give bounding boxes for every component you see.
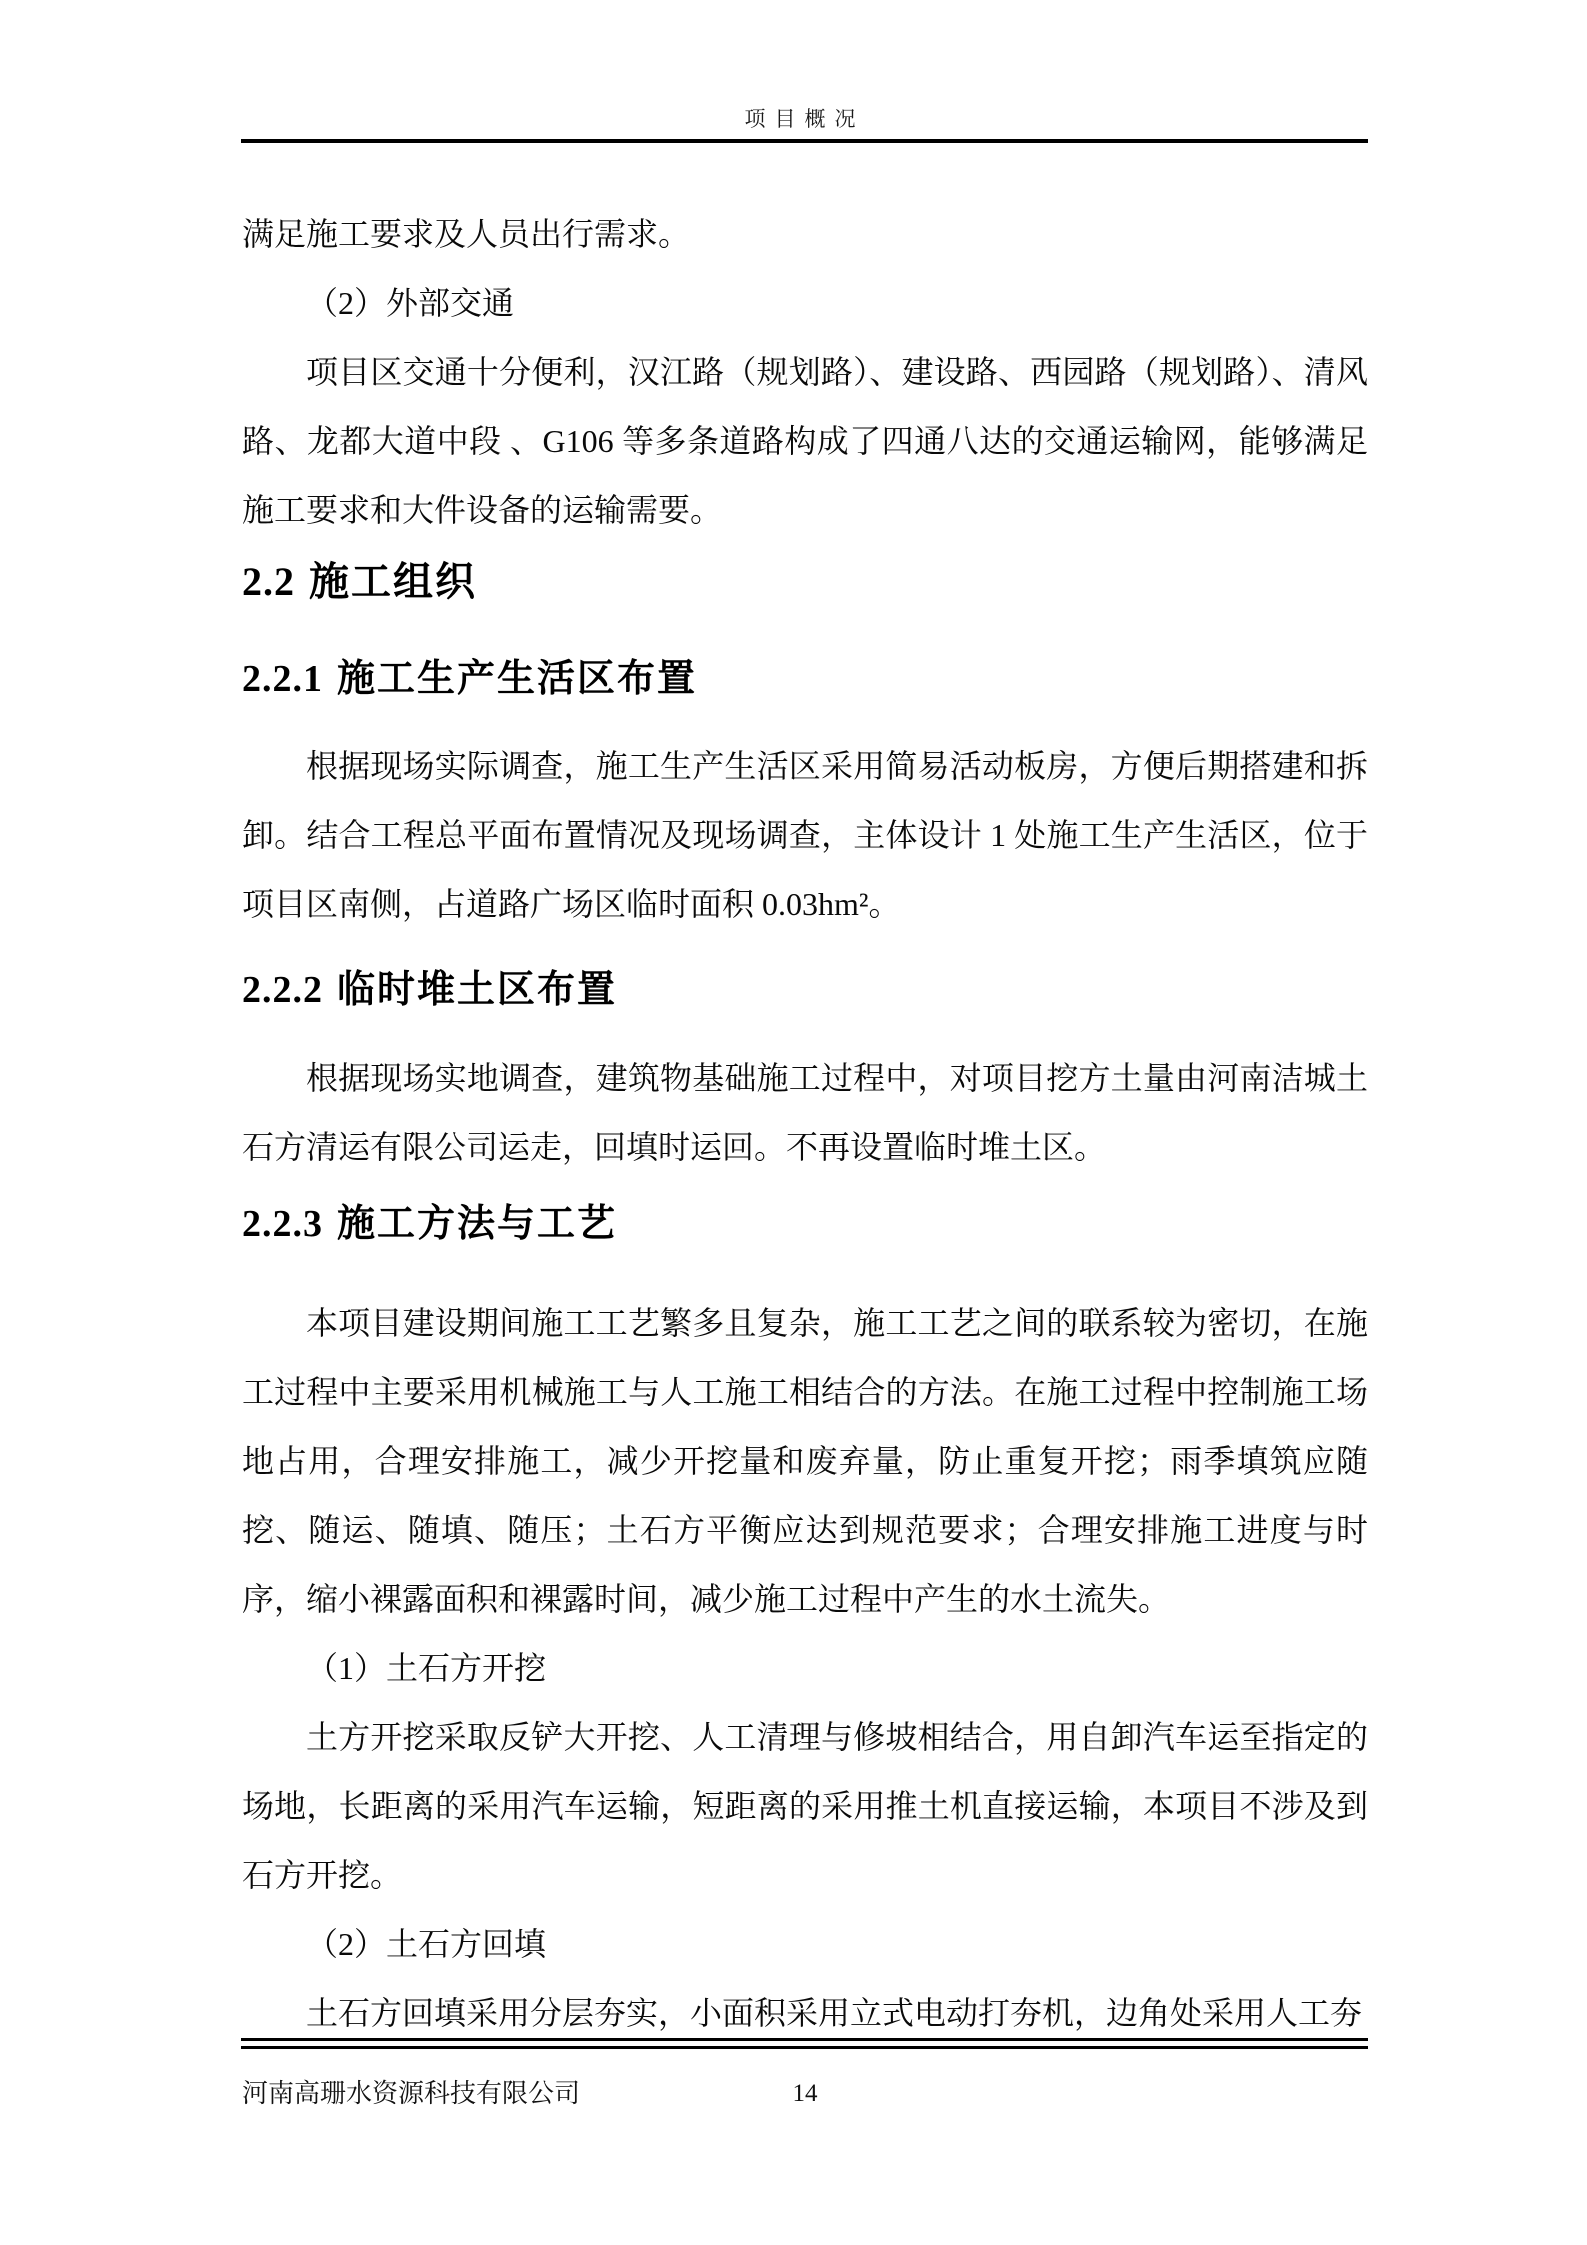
subsection-heading-number: 2.2.2: [242, 969, 323, 1011]
subsection-heading-title: 临时堆土区布置: [337, 969, 617, 1011]
page-footer: 河南高珊水资源科技有限公司 14: [242, 2074, 1368, 2114]
footer-page-number: 14: [793, 2074, 818, 2114]
subsection-heading: 2.2.3施工方法与工艺: [242, 1190, 1368, 1259]
body-paragraph: 根据现场实际调查，施工生产生活区采用简易活动板房，方便后期搭建和拆卸。结合工程总…: [242, 732, 1368, 939]
subsection-heading-number: 2.2.1: [242, 658, 323, 700]
document-body: 满足施工要求及人员出行需求。 （2）外部交通 项目区交通十分便利，汉江路（规划路…: [242, 200, 1368, 2048]
body-paragraph: （2）土石方回填: [242, 1910, 1368, 1979]
body-paragraph: 根据现场实地调查，建筑物基础施工过程中，对项目挖方土量由河南洁城土石方清运有限公…: [242, 1044, 1368, 1182]
section-heading: 2.2施工组织: [242, 547, 1368, 617]
subsection-heading-title: 施工生产生活区布置: [337, 658, 697, 700]
section-heading-title: 施工组织: [309, 560, 477, 604]
subsection-heading: 2.2.2临时堆土区布置: [242, 956, 1368, 1025]
document-page: 项目概况 满足施工要求及人员出行需求。 （2）外部交通 项目区交通十分便利，汉江…: [0, 0, 1587, 2245]
body-paragraph: （1）土石方开挖: [242, 1634, 1368, 1703]
section-heading-number: 2.2: [242, 559, 295, 604]
page-header: 项目概况: [241, 106, 1368, 143]
subsection-heading-title: 施工方法与工艺: [337, 1203, 617, 1245]
subsection-heading: 2.2.1施工生产生活区布置: [242, 645, 1368, 714]
body-paragraph: 满足施工要求及人员出行需求。: [242, 200, 1368, 269]
body-paragraph: （2）外部交通: [242, 269, 1368, 338]
footer-double-rule: [241, 2038, 1368, 2049]
body-paragraph: 项目区交通十分便利，汉江路（规划路）、建设路、西园路（规划路）、清风路、龙都大道…: [242, 338, 1368, 545]
footer-company-name: 河南高珊水资源科技有限公司: [242, 2074, 580, 2114]
body-paragraph: 土方开挖采取反铲大开挖、人工清理与修坡相结合，用自卸汽车运至指定的场地，长距离的…: [242, 1703, 1368, 1910]
subsection-heading-number: 2.2.3: [242, 1203, 323, 1245]
body-paragraph: 本项目建设期间施工工艺繁多且复杂，施工工艺之间的联系较为密切，在施工过程中主要采…: [242, 1289, 1368, 1634]
page-header-title: 项目概况: [745, 106, 865, 132]
